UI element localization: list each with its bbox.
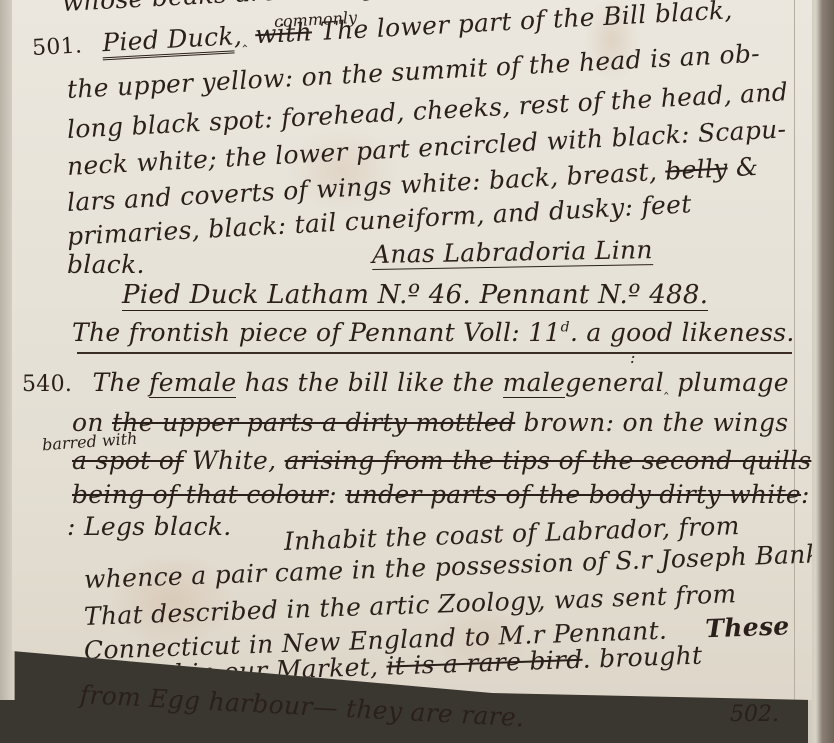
entry-540-line: 540. The female has the bill like the ma… (22, 368, 789, 397)
line-7: black. (67, 250, 145, 279)
superscript: d (561, 320, 570, 336)
struck-text: under parts of the body dirty white (345, 480, 801, 509)
underline-rule (77, 352, 792, 354)
page-number: 502. (730, 702, 779, 727)
line-13: being of that colour: under parts of the… (72, 480, 810, 509)
line-text: . a good likeness. (570, 318, 795, 347)
entry-number: 540. (22, 372, 72, 397)
struck-text: belly (664, 153, 728, 185)
entry-number: 501. (31, 33, 82, 61)
species-title: Pied Duck (102, 21, 235, 60)
line-text: These (705, 611, 790, 643)
frontispiece-line: The frontish piece of Pennant Voll: 11d.… (72, 318, 795, 347)
line-text: : Legs black. (67, 512, 231, 541)
manuscript-page: whose beaks are heavily ... commonly cal… (12, 0, 812, 700)
struck-text: being of that colour (72, 480, 328, 509)
underlined-word: female (149, 368, 236, 398)
margin-rule (794, 0, 795, 700)
line-text: : (328, 480, 337, 509)
insertion-general: : (630, 348, 635, 367)
struck-text: arising from the tips of the second quil… (285, 446, 812, 475)
underlined-word: male (503, 368, 566, 398)
struck-text: a spot of (72, 446, 184, 475)
synonymy-text: Pied Duck Latham N.º 46. Pennant N.º 488… (122, 280, 708, 311)
line-text: The lower part of the Bill black, (319, 0, 733, 46)
struck-text: the upper parts a dirty mottled (112, 408, 515, 437)
line-text: general (565, 368, 664, 397)
line-text: & (735, 152, 759, 182)
line-11: on the upper parts a dirty mottled brown… (72, 408, 788, 437)
latin-name-text: Anas Labradoria Linn (372, 235, 653, 270)
line-text: White, (192, 446, 276, 475)
struck-text: it is a rare bird (386, 645, 583, 681)
line-text: . brought (582, 641, 703, 674)
line-12: a spot of White, arising from the tips o… (72, 446, 811, 475)
line-text: plumage (677, 368, 789, 397)
line-text: brown: on the wings (524, 408, 789, 437)
synonymy-line: Pied Duck Latham N.º 46. Pennant N.º 488… (122, 280, 708, 310)
line-text: The frontish piece of Pennant Voll: 11 (72, 318, 561, 347)
struck-text: with (254, 17, 312, 49)
line-text: black. (67, 250, 145, 279)
line-text: The (92, 368, 140, 397)
line-text: : (801, 480, 810, 509)
line-14: : Legs black. (67, 512, 231, 541)
latin-name: Anas Labradoria Linn (372, 235, 653, 269)
line-text: has the bill like the (245, 368, 495, 397)
